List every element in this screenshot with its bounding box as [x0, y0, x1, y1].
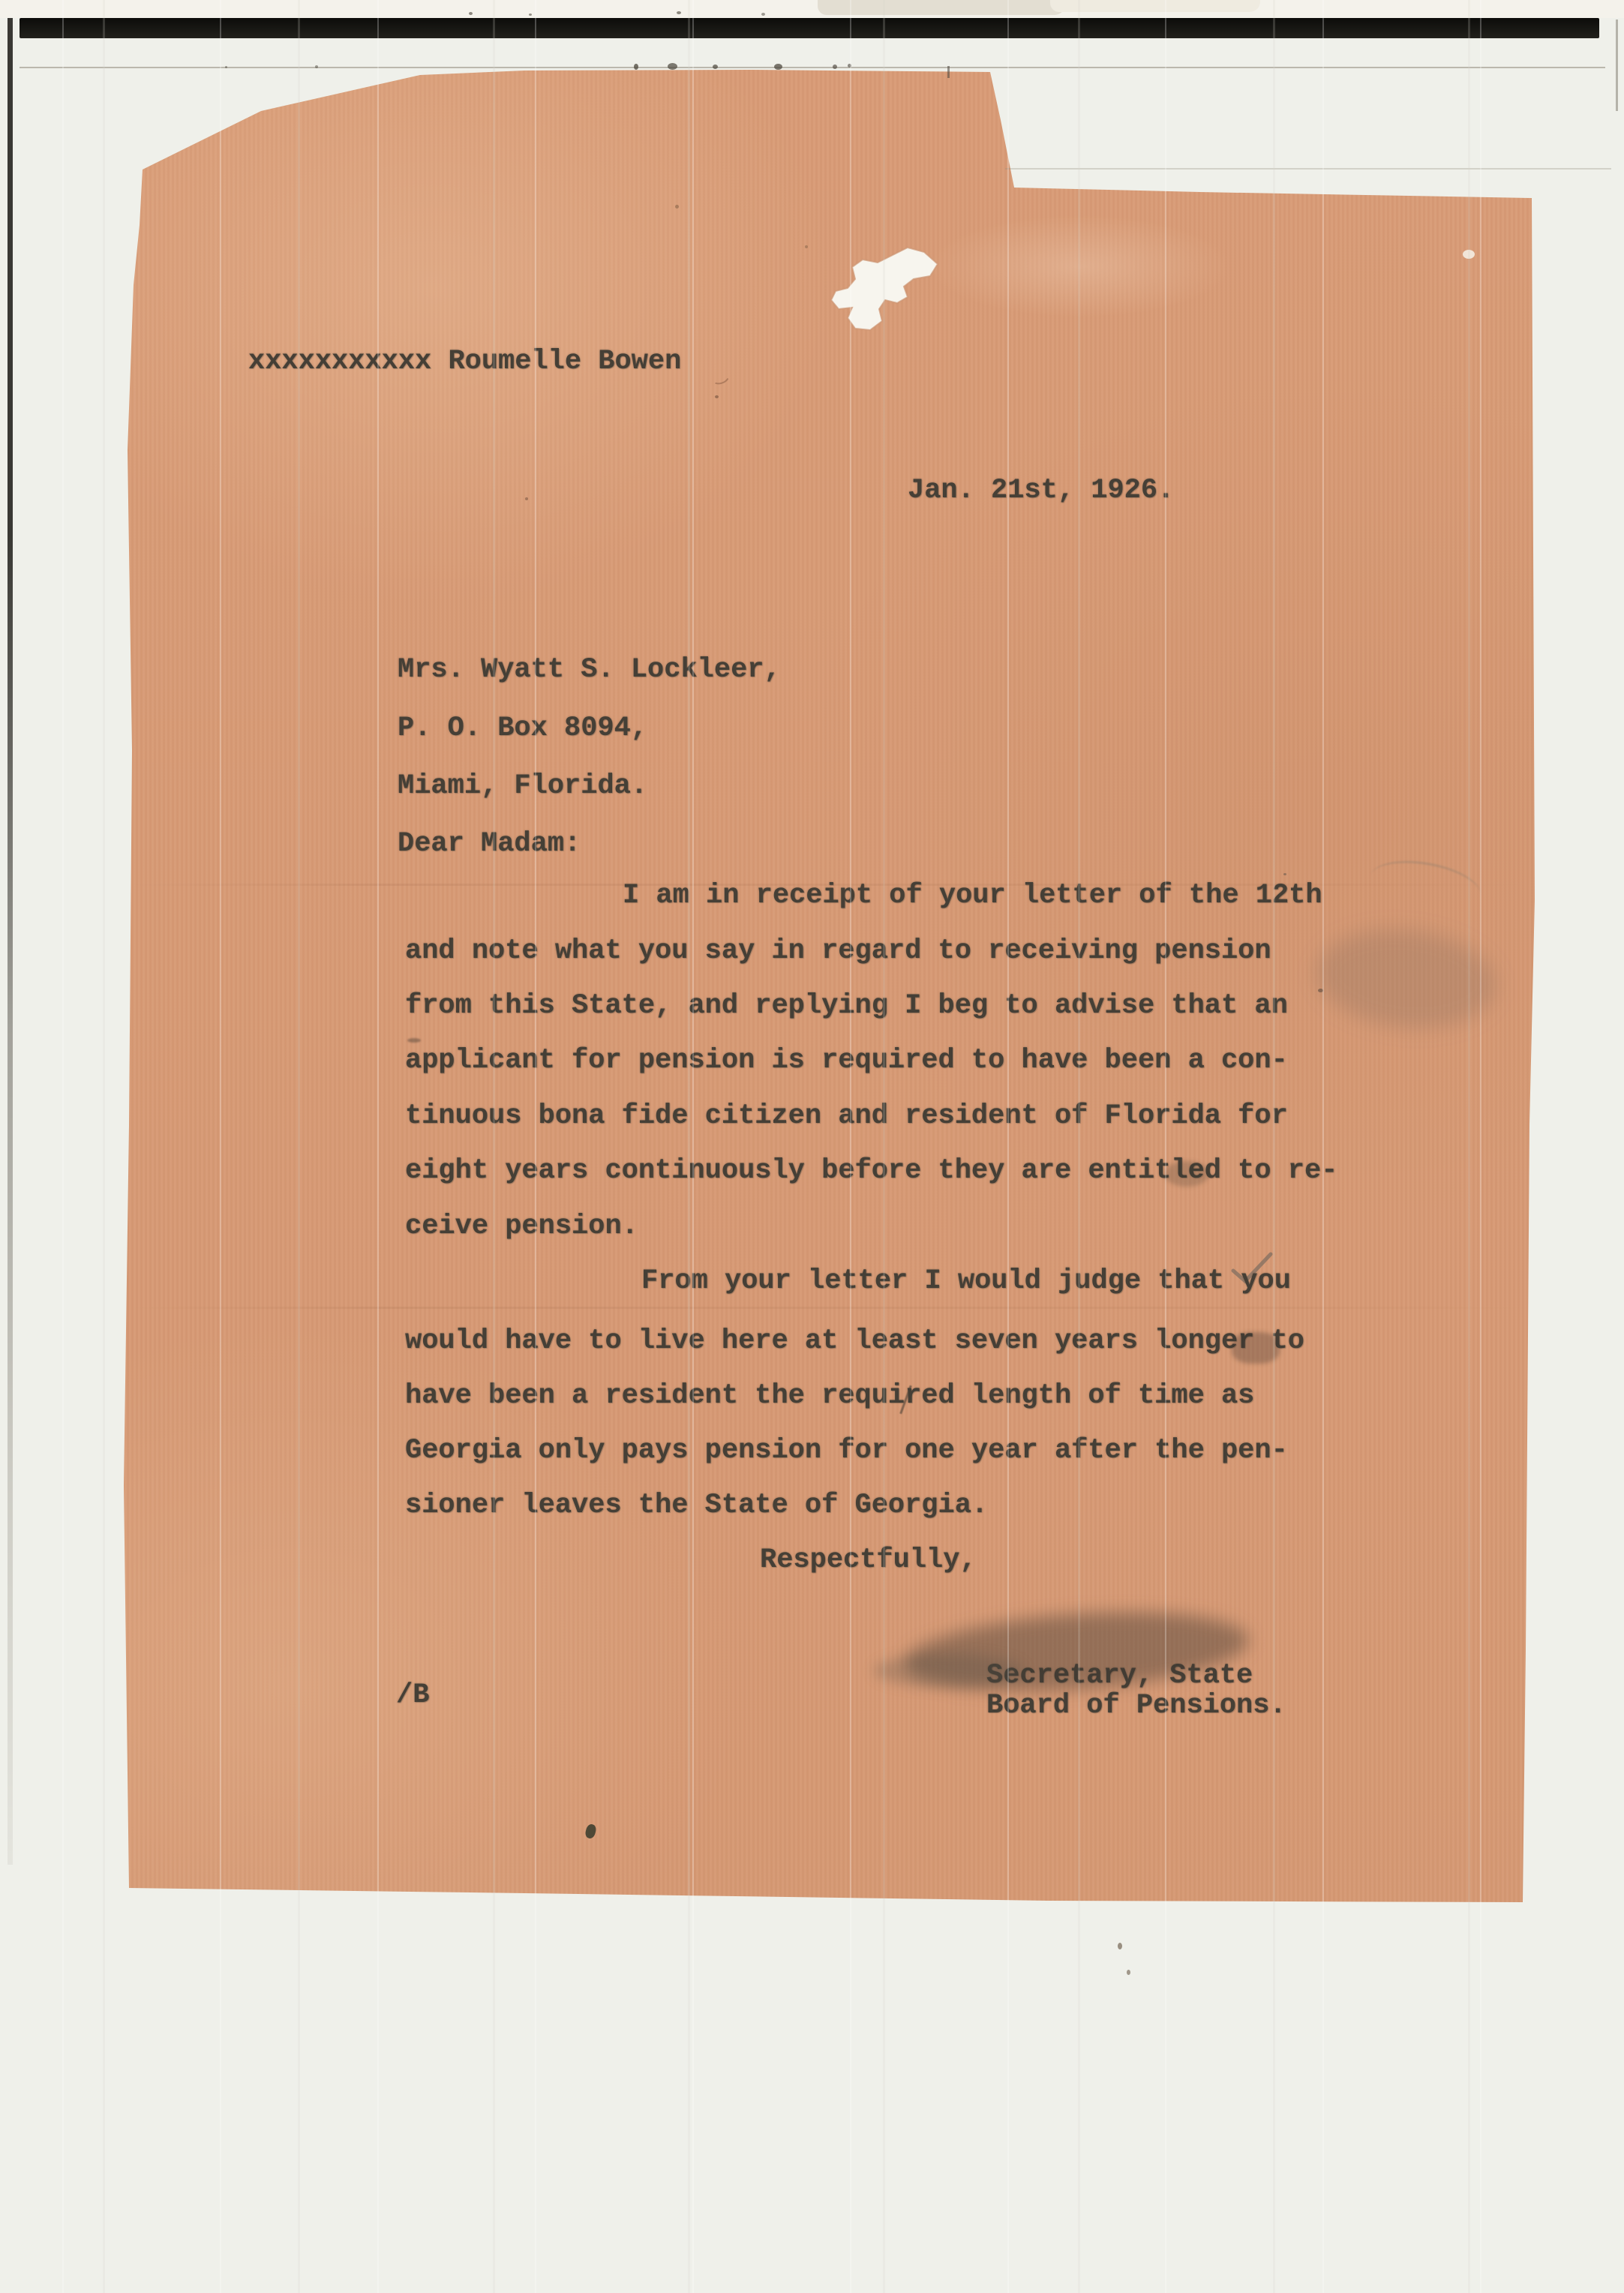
dust-speck	[668, 63, 677, 70]
body-line: sioner leaves the State of Georgia.	[405, 1489, 988, 1522]
dust-speck	[833, 65, 837, 69]
signature-line: Board of Pensions.	[986, 1689, 1286, 1722]
sleeve-seam-line-right	[1005, 168, 1611, 170]
address-line: Mrs. Wyatt S. Lockleer,	[398, 653, 781, 686]
crease-mark	[708, 366, 731, 387]
paper-chip	[1463, 250, 1475, 259]
torn-paper-fragment	[818, 0, 1065, 15]
body-line: have been a resident the required length…	[405, 1379, 1254, 1412]
body-line: ceive pension.	[405, 1210, 638, 1243]
address-line: Miami, Florida.	[398, 770, 647, 803]
body-line: Georgia only pays pension for one year a…	[405, 1434, 1288, 1467]
paper-speck	[805, 245, 808, 248]
torn-paper-fragment	[1050, 0, 1260, 12]
paper-speck	[1318, 989, 1323, 992]
sleeve-seam-line	[20, 67, 1605, 68]
dust-speck	[774, 64, 782, 70]
address-line: P. O. Box 8094,	[398, 712, 647, 745]
dust-speck	[225, 66, 227, 68]
dust-speck	[1127, 1970, 1130, 1975]
dust-speck	[529, 14, 532, 16]
body-line: From your letter I would judge that you	[641, 1265, 1291, 1298]
body-line: applicant for pension is required to hav…	[405, 1044, 1288, 1077]
scanner-right-edge-line	[1616, 20, 1618, 111]
salutation: Dear Madam:	[398, 827, 581, 860]
dust-hair	[947, 66, 950, 78]
dark-fleck	[584, 1823, 597, 1840]
letter-paper	[120, 68, 1538, 1905]
scanned-letter-photo: xxxxxxxxxxx Roumelle Bowen Jan. 21st, 19…	[0, 0, 1624, 2293]
body-line: eight years continuously before they are…	[405, 1154, 1337, 1187]
scanner-edge-bar	[20, 18, 1599, 38]
dust-speck	[315, 65, 318, 68]
recipient-name-line: xxxxxxxxxxx Roumelle Bowen	[248, 345, 681, 378]
paper-speck	[525, 497, 528, 500]
scanner-left-shadow	[8, 18, 13, 1865]
dust-speck	[1118, 1943, 1122, 1949]
body-line: tinuous bona fide citizen and resident o…	[405, 1100, 1288, 1133]
dust-speck	[713, 65, 718, 69]
dust-speck	[469, 12, 473, 15]
body-line: would have to live here at least seven y…	[405, 1325, 1304, 1358]
fold-crease	[128, 1307, 1532, 1309]
date-line: Jan. 21st, 1926.	[908, 474, 1174, 507]
paper-tear-hole	[810, 244, 945, 338]
paper-speck	[1283, 873, 1286, 875]
signature-line: Secretary, State	[986, 1659, 1253, 1692]
paper-speck	[675, 205, 679, 209]
body-line: and note what you say in regard to recei…	[405, 935, 1271, 968]
dust-speck	[761, 13, 765, 16]
body-line: from this State, and replying I beg to a…	[405, 989, 1288, 1022]
closing-line: Respectfully,	[760, 1544, 977, 1577]
dust-speck	[677, 11, 681, 14]
body-line: I am in receipt of your letter of the 12…	[623, 879, 1322, 912]
dust-speck	[634, 64, 638, 70]
scanner-top-strip	[0, 0, 1624, 18]
paper-speck	[715, 395, 719, 398]
typist-initials: /B	[396, 1679, 429, 1712]
dust-speck	[848, 64, 851, 68]
